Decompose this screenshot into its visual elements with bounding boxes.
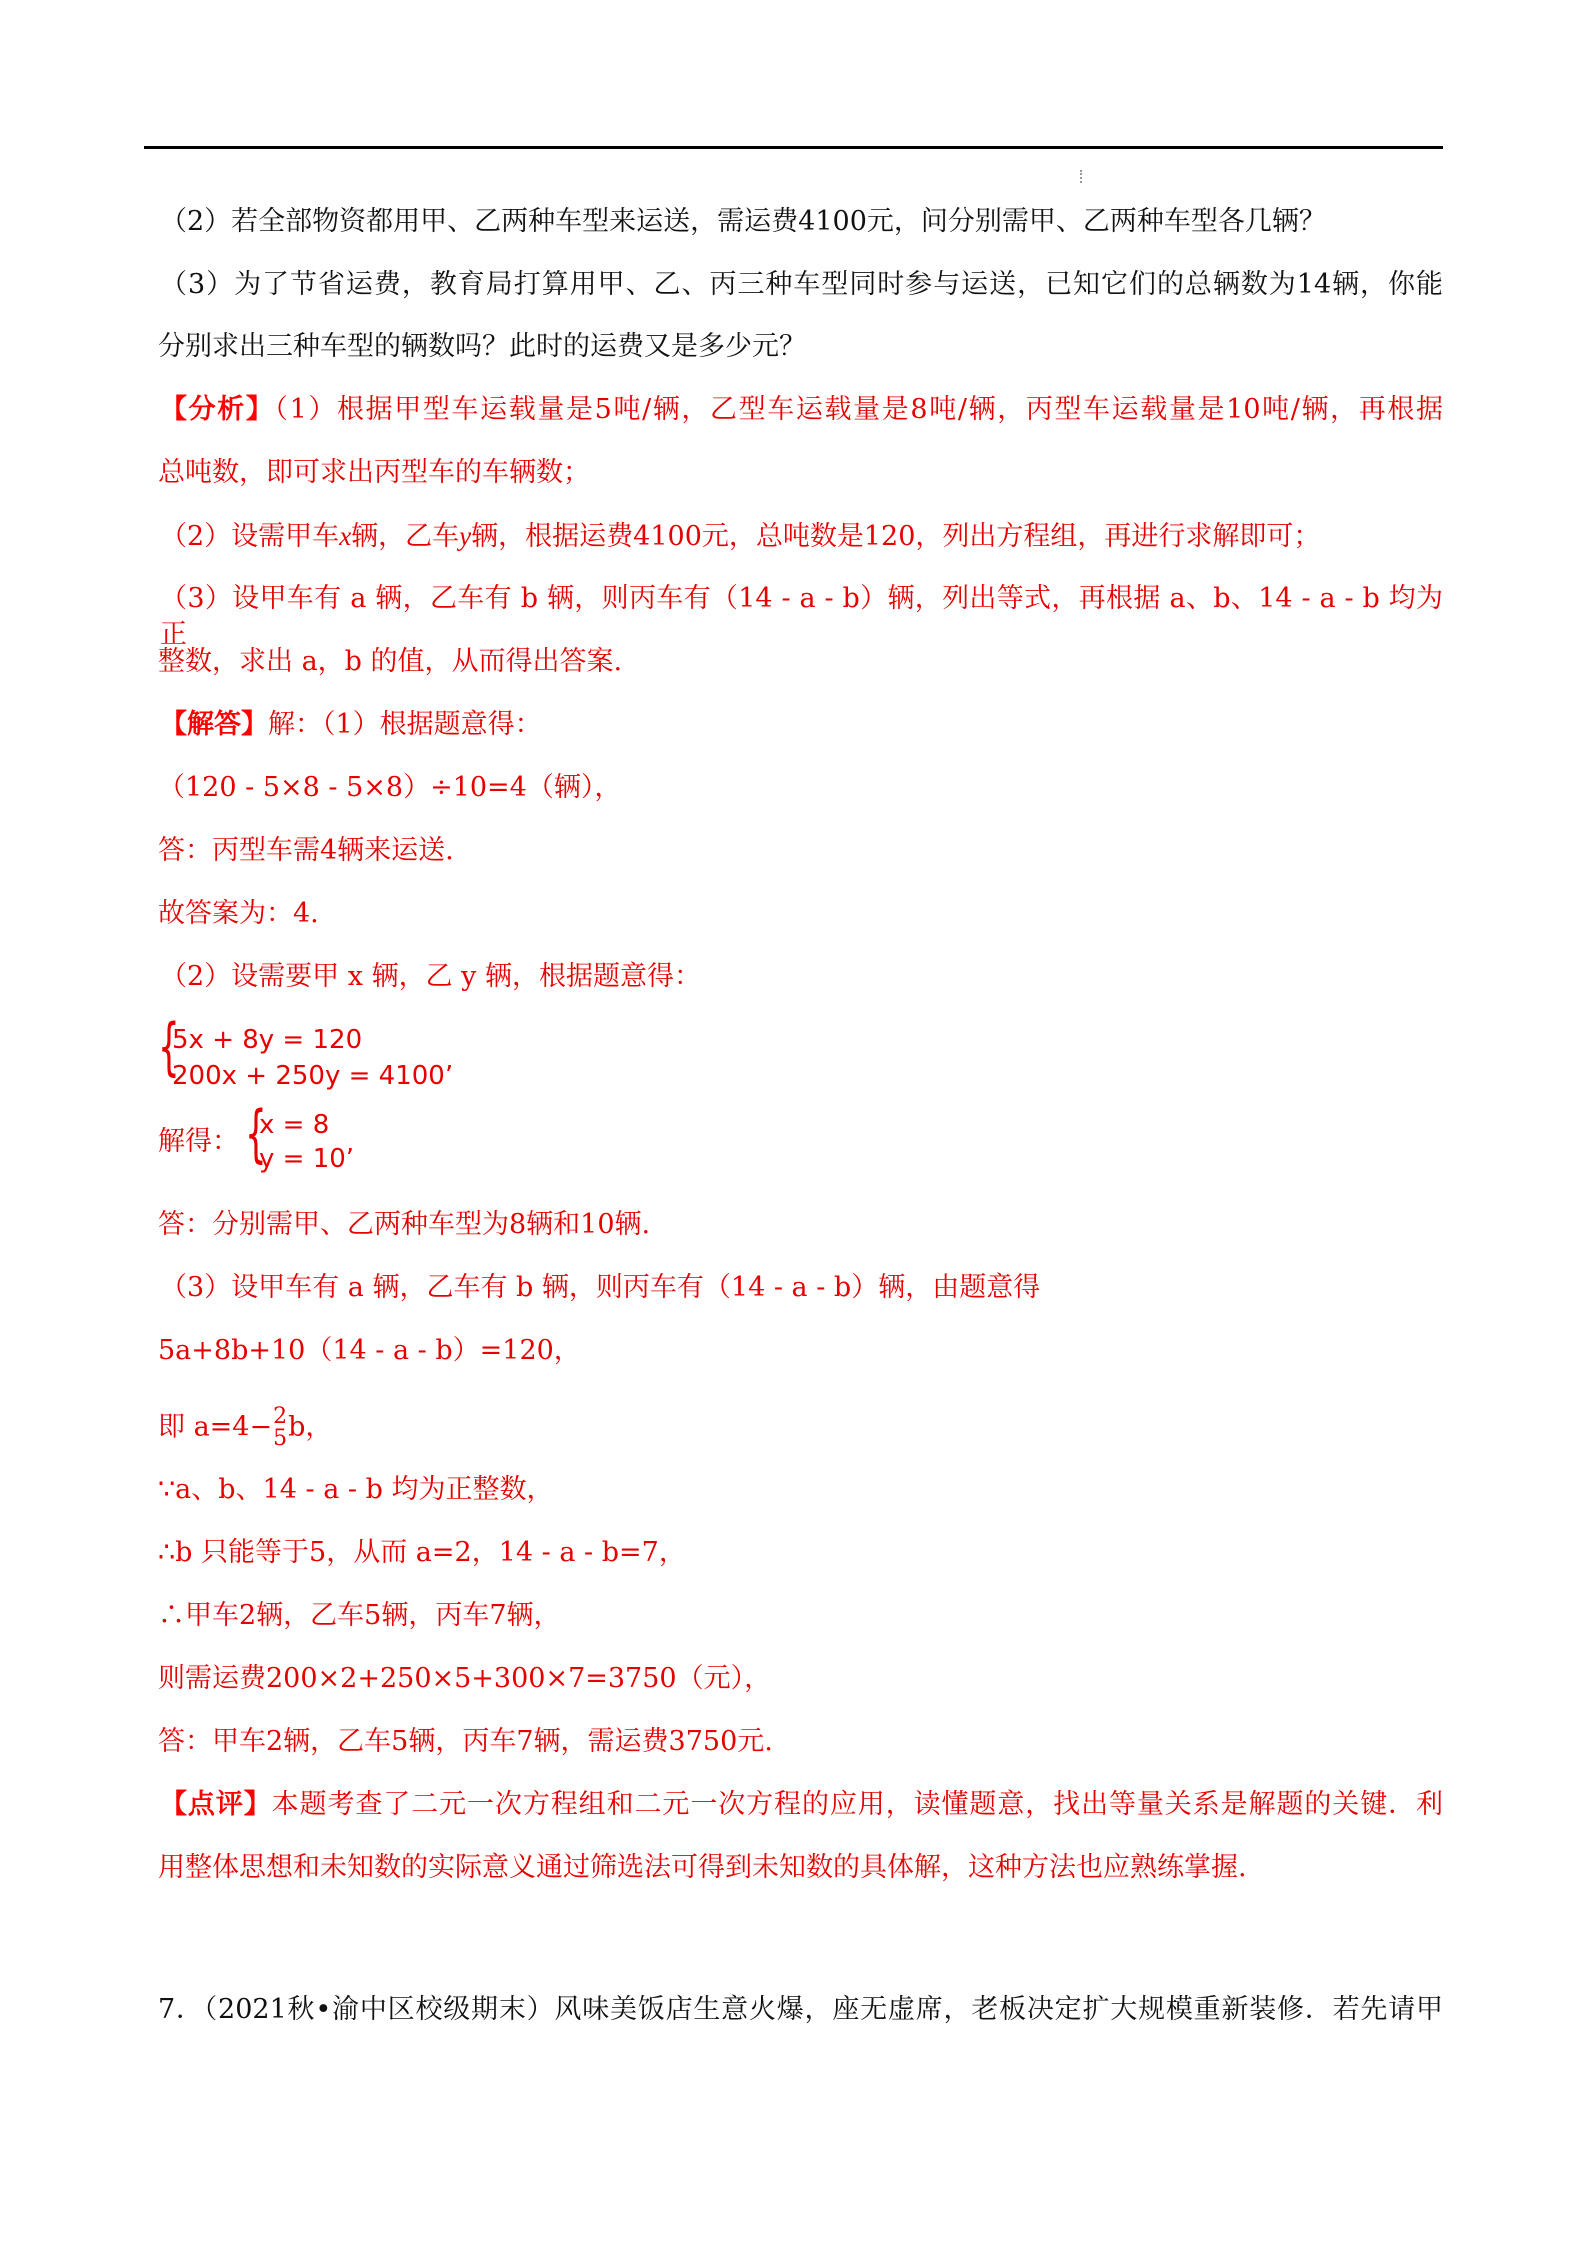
comment-text-1: 本题考查了二元一次方程组和二元一次方程的应用，读懂题意，找出等量关系是解题的关键… bbox=[272, 1789, 1443, 1820]
fraction-denominator: 5 bbox=[273, 1428, 287, 1450]
comment-line-2: 用整体思想和未知数的实际意义通过筛选法可得到未知数的具体解，这种方法也应熟练掌握… bbox=[158, 1850, 1441, 1886]
fraction: 25 bbox=[273, 1406, 287, 1450]
therefore-line-2: ∴甲车2辆，乙车5辆，丙车7辆， bbox=[158, 1598, 1441, 1634]
analysis-line-2: 总吨数，即可求出丙型车的车辆数； bbox=[158, 455, 1441, 491]
analysis-label: 【分析】 bbox=[160, 394, 275, 425]
solution-answer-1: 答：丙型车需4辆来运送. bbox=[158, 833, 1441, 869]
analysis-part-2-text: （2）设需甲车 bbox=[160, 521, 339, 552]
variable-x: x bbox=[339, 521, 351, 551]
variable-y: y bbox=[459, 521, 471, 551]
equation-row: 200x + 250y = 4100’ bbox=[172, 1060, 453, 1092]
equation-row: x = 8 bbox=[259, 1109, 329, 1141]
question-part-3-line-2: 分别求出三种车型的辆数吗？此时的运费又是多少元？ bbox=[158, 329, 1441, 365]
because-line: ∵a、b、14 - a - b 均为正整数， bbox=[158, 1472, 1441, 1508]
analysis-part-1: （1）根据甲型车运载量是5吨/辆，乙型车运载量是8吨/辆，丙型车运载量是10吨/… bbox=[275, 394, 1444, 425]
equation-row: 5x + 8y = 120 bbox=[172, 1024, 362, 1056]
solution-intro: 解：（1）根据题意得： bbox=[268, 709, 542, 740]
analysis-line-1: 【分析】（1）根据甲型车运载量是5吨/辆，乙型车运载量是8吨/辆，丙型车运载量是… bbox=[160, 392, 1443, 428]
header-rule bbox=[144, 146, 1443, 149]
equation-1: 5a+8b+10（14 - a - b）=120， bbox=[158, 1333, 1441, 1369]
equation-row: y = 10’ bbox=[259, 1143, 354, 1175]
solution-part-2-intro: （2）设需要甲 x 辆，乙 y 辆，根据题意得： bbox=[160, 959, 1443, 995]
analysis-part-2: （2）设需甲车x辆，乙车y辆，根据运费4100元，总吨数是120，列出方程组，再… bbox=[160, 518, 1443, 555]
column-marker bbox=[1080, 170, 1084, 183]
analysis-part-3-line-2: 整数，求出 a，b 的值，从而得出答案. bbox=[158, 644, 1441, 680]
equation-2-left: 即 a=4− bbox=[158, 1412, 272, 1443]
analysis-part-3-line-1: （3）设甲车有 a 辆，乙车有 b 辆，则丙车有（14 - a - b）辆，列出… bbox=[160, 581, 1443, 617]
question-7: 7．（2021秋•渝中区校级期末）风味美饭店生意火爆，座无虚席，老板决定扩大规模… bbox=[158, 1992, 1443, 2028]
solution-part-3-intro: （3）设甲车有 a 辆，乙车有 b 辆，则丙车有（14 - a - b）辆，由题… bbox=[160, 1270, 1443, 1306]
comment-label: 【点评】 bbox=[160, 1789, 272, 1820]
question-part-2: （2）若全部物资都用甲、乙两种车型来运送，需运费4100元，问分别需甲、乙两种车… bbox=[160, 204, 1443, 240]
solution-label: 【解答】 bbox=[160, 709, 268, 740]
solution-answer-3: 答：甲车2辆，乙车5辆，丙车7辆，需运费3750元. bbox=[158, 1724, 1441, 1760]
question-part-3-line-1: （3）为了节省运费，教育局打算用甲、乙、丙三种车型同时参与运送，已知它们的总辆数… bbox=[160, 267, 1443, 303]
solution-final-1: 故答案为：4. bbox=[158, 896, 1441, 932]
cost-line: 则需运费200×2+250×5+300×7=3750（元）， bbox=[158, 1661, 1441, 1697]
therefore-line-1: ∴b 只能等于5，从而 a=2，14 - a - b=7， bbox=[158, 1535, 1441, 1571]
analysis-part-2-text: 辆，根据运费4100元，总吨数是120，列出方程组，再进行求解即可； bbox=[471, 521, 1320, 552]
solution-answer-2: 答：分别需甲、乙两种车型为8辆和10辆. bbox=[158, 1207, 1441, 1243]
analysis-part-2-text: 辆，乙车 bbox=[351, 521, 459, 552]
fraction-numerator: 2 bbox=[273, 1406, 287, 1428]
equation-2: 即 a=4−25b， bbox=[158, 1406, 1441, 1450]
solution-calc: （120 - 5×8 - 5×8）÷10=4（辆）， bbox=[158, 770, 1441, 806]
comment-line-1: 【点评】本题考查了二元一次方程组和二元一次方程的应用，读懂题意，找出等量关系是解… bbox=[160, 1787, 1443, 1823]
solution-heading: 【解答】解：（1）根据题意得： bbox=[160, 707, 1443, 743]
equation-2-right: b， bbox=[288, 1412, 332, 1443]
